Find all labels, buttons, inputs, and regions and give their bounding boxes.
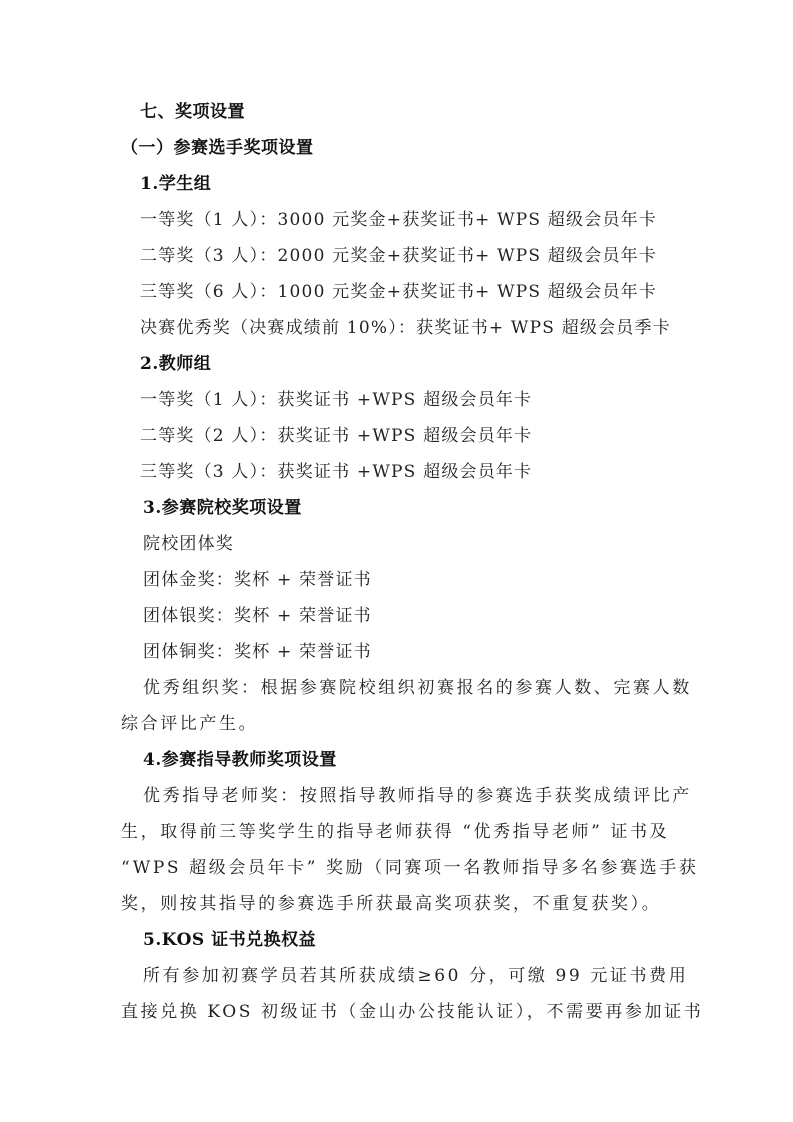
instructor-award-paragraph-line: 奖，则按其指导的参赛选手所获最高奖项获奖，不重复获奖）。 — [121, 892, 661, 916]
teacher-award-item: 三等奖（3 人）：获奖证书 +WPS 超级会员年卡 — [140, 460, 532, 484]
organization-award-line: 优秀组织奖：根据参赛院校组织初赛报名的参赛人数、完赛人数 — [143, 676, 692, 700]
school-award-item: 团体金奖：奖杯 + 荣誉证书 — [143, 568, 372, 592]
school-award-item: 团体铜奖：奖杯 + 荣誉证书 — [143, 640, 372, 664]
student-award-item: 三等奖（6 人）：1000 元奖金+获奖证书+ WPS 超级会员年卡 — [140, 280, 657, 304]
instructor-award-paragraph-line: “WPS 超级会员年卡” 奖励（同赛项一名教师指导多名参赛选手获 — [121, 856, 698, 880]
teacher-group-heading: 2.教师组 — [140, 352, 211, 376]
school-awards-subheading: 院校团体奖 — [143, 532, 234, 556]
organization-award-line: 综合评比产生。 — [121, 712, 258, 736]
section-title: 七、奖项设置 — [140, 100, 245, 124]
school-award-item: 团体银奖：奖杯 + 荣誉证书 — [143, 604, 372, 628]
student-award-item: 二等奖（3 人）：2000 元奖金+获奖证书+ WPS 超级会员年卡 — [140, 244, 657, 268]
instructor-award-paragraph-line: 生，取得前三等奖学生的指导老师获得 “优秀指导老师” 证书及 — [121, 820, 669, 844]
kos-certificate-heading: 5.KOS 证书兑换权益 — [143, 928, 316, 952]
teacher-award-item: 二等奖（2 人）：获奖证书 +WPS 超级会员年卡 — [140, 424, 532, 448]
kos-certificate-paragraph-line: 直接兑换 KOS 初级证书（金山办公技能认证），不需要再参加证书 — [121, 1000, 703, 1024]
instructor-award-paragraph-line: 优秀指导老师奖：按照指导教师指导的参赛选手获奖成绩评比产 — [143, 784, 692, 808]
subsection-title: （一）参赛选手奖项设置 — [121, 136, 314, 160]
student-award-item: 一等奖（1 人）：3000 元奖金+获奖证书+ WPS 超级会员年卡 — [140, 208, 657, 232]
teacher-award-item: 一等奖（1 人）：获奖证书 +WPS 超级会员年卡 — [140, 388, 532, 412]
document-page: 七、奖项设置 （一）参赛选手奖项设置 1.学生组 一等奖（1 人）：3000 元… — [0, 0, 793, 1122]
student-award-item: 决赛优秀奖（决赛成绩前 10%）：获奖证书+ WPS 超级会员季卡 — [140, 316, 671, 340]
instructor-awards-heading: 4.参赛指导教师奖项设置 — [143, 748, 337, 772]
school-awards-heading: 3.参赛院校奖项设置 — [143, 496, 302, 520]
kos-certificate-paragraph-line: 所有参加初赛学员若其所获成绩≥60 分，可缴 99 元证书费用 — [143, 964, 688, 988]
student-group-heading: 1.学生组 — [140, 172, 211, 196]
